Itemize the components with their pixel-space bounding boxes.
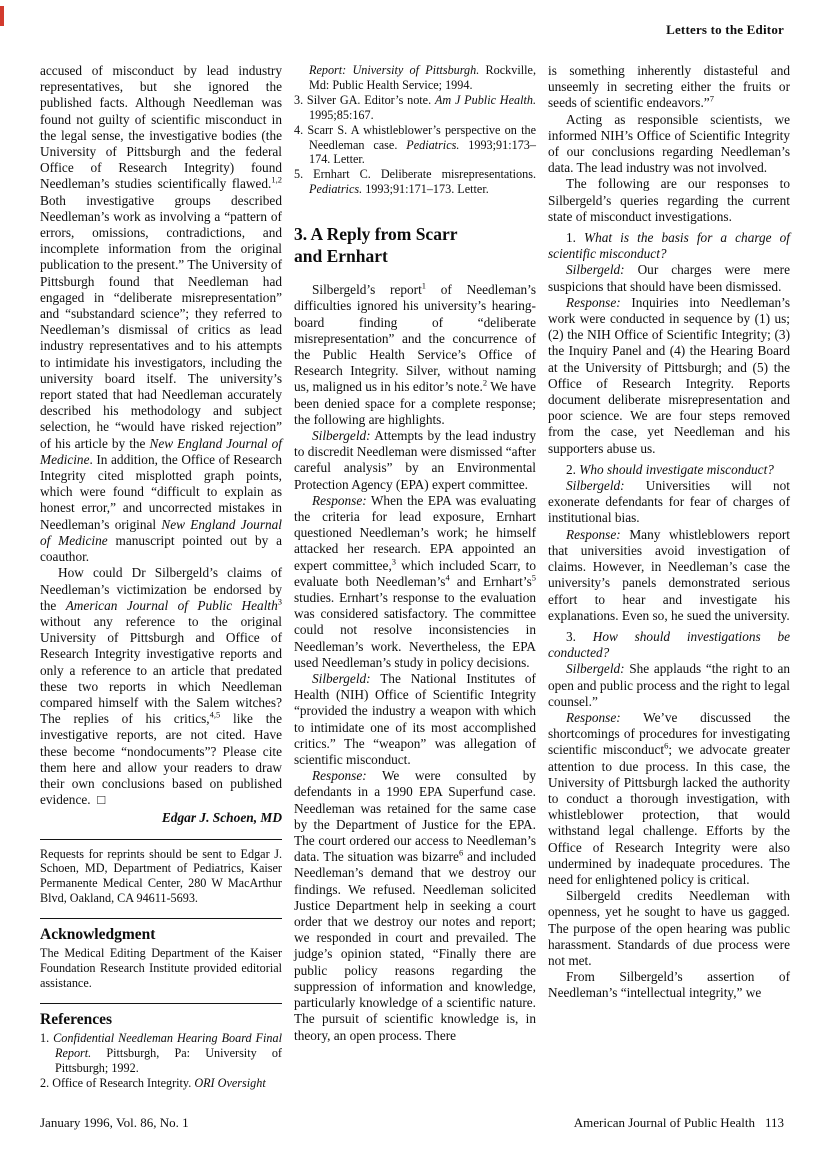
article-columns: accused of misconduct by lead industry r… (40, 63, 790, 1091)
superscript-ref: 5 (532, 572, 536, 582)
superscript-ref: 3 (278, 596, 282, 606)
reference-item: 1. Confidential Needleman Hearing Board … (40, 1031, 282, 1076)
reply-paragraph: is something inherently distasteful and … (548, 63, 790, 112)
journal-page: Letters to the Editor accused of miscond… (0, 0, 816, 1155)
column-3: is something inherently distasteful and … (548, 63, 790, 1091)
reply-paragraph: Response: Many whistleblowers report tha… (548, 527, 790, 624)
reply-paragraph: Response: We’ve discussed the shortcomin… (548, 710, 790, 888)
reply-paragraph: Acting as responsible scientists, we inf… (548, 112, 790, 177)
reply-paragraph: Silbergeld: Attempts by the lead industr… (294, 428, 536, 493)
references-heading: References (40, 1011, 282, 1029)
reference-item: 2. Office of Research Integrity. ORI Ove… (40, 1076, 282, 1091)
divider (40, 839, 282, 840)
section-heading-line1: 3. A Reply from Scarr (294, 224, 457, 244)
footer-journal-name: American Journal of Public Health (574, 1115, 755, 1130)
section-heading: 3. A Reply from Scarr and Ernhart (294, 224, 536, 267)
reply-paragraph: The following are our responses to Silbe… (548, 176, 790, 225)
footer-journal: American Journal of Public Health113 (574, 1115, 784, 1131)
column-2: Report: University of Pittsburgh. Rockvi… (294, 63, 536, 1091)
divider (40, 1003, 282, 1004)
reply-paragraph: Silbergeld: Universities will not exoner… (548, 478, 790, 527)
reply-paragraph: Silbergeld: She applauds “the right to a… (548, 661, 790, 710)
reply-paragraph: Silbergeld credits Needleman with openne… (548, 888, 790, 969)
reply-body: Silbergeld’s report1 of Needleman’s diff… (294, 282, 536, 1044)
references-list-continued: Report: University of Pittsburgh. Rockvi… (294, 63, 536, 197)
footer-page-number: 113 (755, 1115, 784, 1130)
superscript-ref: 4,5 (210, 710, 221, 720)
reference-item: 4. Scarr S. A whistleblower’s perspectiv… (294, 123, 536, 168)
reply-paragraph: Silbergeld’s report1 of Needleman’s diff… (294, 282, 536, 428)
superscript-ref: 7 (710, 94, 714, 104)
page-footer: January 1996, Vol. 86, No. 1 American Jo… (40, 1115, 784, 1131)
question-paragraph: 2. Who should investigate misconduct? (548, 462, 790, 478)
page-header-title: Letters to the Editor (666, 22, 784, 37)
section-heading-line2: and Ernhart (294, 246, 388, 266)
acknowledgment-text: The Medical Editing Department of the Ka… (40, 946, 282, 991)
question-paragraph: 3. How should investigations be conducte… (548, 629, 790, 661)
page-header: Letters to the Editor (666, 22, 784, 38)
reply-body-continued: is something inherently distasteful and … (548, 63, 790, 1002)
signature: Edgar J. Schoen, MD (40, 810, 282, 826)
superscript-ref: 1,2 (271, 175, 282, 185)
reference-item: 3. Silver GA. Editor’s note. Am J Public… (294, 93, 536, 123)
acknowledgment-heading: Acknowledgment (40, 926, 282, 944)
footer-issue: January 1996, Vol. 86, No. 1 (40, 1115, 189, 1131)
references-list: 1. Confidential Needleman Hearing Board … (40, 1031, 282, 1091)
reply-paragraph: Response: Inquiries into Needleman’s wor… (548, 295, 790, 457)
letter-body: accused of misconduct by lead industry r… (40, 63, 282, 808)
print-registration-mark (0, 6, 4, 26)
letter-paragraph: accused of misconduct by lead industry r… (40, 63, 282, 565)
reply-paragraph: From Silbergeld’s assertion of Needleman… (548, 969, 790, 1001)
letter-paragraph: How could Dr Silbergeld’s claims of Need… (40, 565, 282, 808)
reprints-note: Requests for reprints should be sent to … (40, 847, 282, 907)
question-paragraph: 1. What is the basis for a charge of sci… (548, 230, 790, 262)
column-1: accused of misconduct by lead industry r… (40, 63, 282, 1091)
reply-paragraph: Silbergeld: The National Institutes of H… (294, 671, 536, 768)
reference-item: 5. Ernhart C. Deliberate misrepresentati… (294, 167, 536, 197)
reply-paragraph: Silbergeld: Our charges were mere suspic… (548, 262, 790, 294)
reply-paragraph: Response: We were consulted by defendant… (294, 768, 536, 1043)
reference-continuation: Report: University of Pittsburgh. Rockvi… (294, 63, 536, 93)
reply-paragraph: Response: When the EPA was evaluating th… (294, 493, 536, 671)
divider (40, 918, 282, 919)
